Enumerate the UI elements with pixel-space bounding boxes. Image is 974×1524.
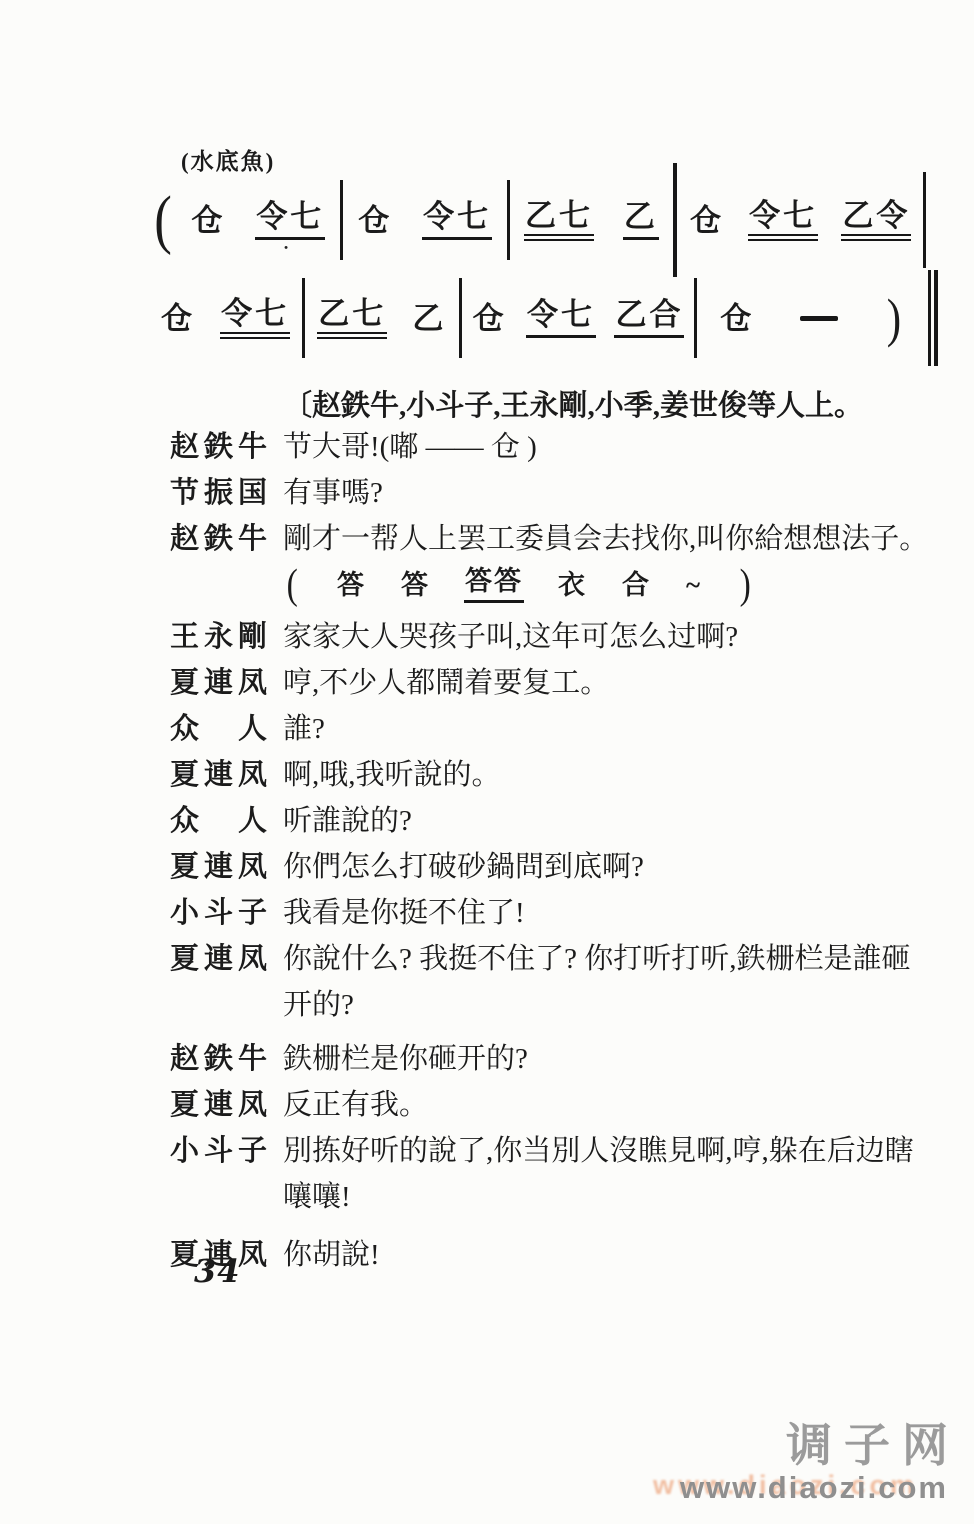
dialogue-text: 有事嗎? — [283, 470, 932, 516]
percussion-note: 令七 — [255, 201, 325, 240]
dialogue-entry: 王永剛家家大人哭孩子叫,这年可怎么过啊? — [170, 614, 932, 660]
percussion-note: 仓 — [472, 303, 508, 334]
barline — [923, 172, 926, 268]
dialogue-entry: 夏連凤反正有我。 — [170, 1082, 932, 1128]
notation-measure: 仓令七乙合 — [462, 299, 693, 338]
speaker-name: 赵鉄牛 — [170, 1036, 267, 1082]
notation-measure: 仓令七 — [343, 201, 507, 240]
dialogue-text: 哼,不少人都鬧着要复工。 — [283, 660, 932, 706]
speaker-name: 王永剛 — [170, 614, 267, 660]
speaker-name: 赵鉄牛 — [170, 516, 267, 608]
speaker-name: 赵鉄牛 — [170, 424, 267, 470]
dialogue-entry: 赵鉄牛节大哥!(嘟 —— 仓 ) — [170, 424, 932, 470]
speaker-name: 夏連凤 — [170, 752, 267, 798]
stage-direction: 〔赵鉄牛,小斗子,王永剛,小季,姜世俊等人上。 — [283, 386, 863, 426]
dialogue-entry: 夏連凤你說什么? 我挺不住了? 你打听打听,鉄栅栏是誰砸开的? — [170, 936, 932, 1028]
dialogue-block: 赵鉄牛节大哥!(嘟 —— 仓 )节振国有事嗎?赵鉄牛剛才一帮人上罢工委員会去找你… — [170, 424, 932, 1278]
percussion-note: 仓 — [689, 205, 725, 236]
speaker-name: 夏連凤 — [170, 844, 267, 890]
percussion-note: 仓 — [719, 303, 755, 334]
dialogue-entry: 小斗子我看是你挺不住了! — [170, 890, 932, 936]
speaker-name: 夏連凤 — [170, 660, 267, 706]
dialogue-text: 你胡說! — [283, 1232, 932, 1278]
dialogue-entry: 夏連凤啊,哦,我听說的。 — [170, 752, 932, 798]
percussion-note: 衣 — [557, 572, 588, 599]
notation-paren: ) — [738, 564, 754, 606]
dialogue-text: 別拣好听的說了,你当別人沒瞧見啊,哼,躲在后边瞎嚷嚷! — [283, 1128, 932, 1220]
watermark-site-name: 调子网 — [680, 1420, 960, 1472]
percussion-note: 乙七 — [524, 200, 594, 241]
percussion-note: 乙七 — [317, 298, 387, 339]
dialogue-entry: 夏連凤你胡說! — [170, 1232, 932, 1278]
dialogue-text: 家家大人哭孩子叫,这年可怎么过啊? — [283, 614, 932, 660]
dialogue-text: 听誰說的? — [283, 798, 932, 844]
dialogue-text: 你說什么? 我挺不住了? 你打听打听,鉄栅栏是誰砸开的? — [283, 936, 932, 1028]
speaker-name: 夏連凤 — [170, 1082, 267, 1128]
notation-paren: ( — [285, 564, 301, 606]
speaker-name: 夏連凤 — [170, 936, 267, 1028]
dialogue-entry: 夏連凤哼,不少人都鬧着要复工。 — [170, 660, 932, 706]
speaker-name: 节振国 — [170, 470, 267, 516]
inline-percussion-line: (答答答答衣合~) — [283, 562, 932, 608]
whole-note-dash — [800, 316, 838, 321]
percussion-note: ~ — [685, 572, 703, 599]
percussion-note: 仓 — [190, 205, 226, 236]
percussion-note: 乙 — [623, 201, 659, 240]
percussion-note: 答答 — [464, 568, 524, 603]
percussion-notation-line-1: (仓令七仓令七乙七乙仓令七乙令 — [150, 168, 926, 272]
percussion-note: 令七 — [748, 200, 818, 241]
percussion-note: 答 — [400, 572, 431, 599]
dialogue-entry: 众 人誰? — [170, 706, 932, 752]
notation-paren: ) — [886, 291, 904, 345]
percussion-note: 合 — [621, 572, 652, 599]
notation-paren: ( — [153, 187, 174, 253]
percussion-note: 令七 — [422, 201, 492, 240]
notation-measure: 仓令七 — [176, 201, 340, 240]
speaker-name: 众 人 — [170, 706, 267, 752]
percussion-note: 乙合 — [614, 299, 684, 338]
percussion-note: 令七 — [220, 298, 290, 339]
notation-measure: 乙七乙 — [305, 298, 459, 339]
notation-measure: 仓令七乙令 — [677, 200, 923, 241]
dialogue-entry: 众 人听誰說的? — [170, 798, 932, 844]
percussion-note: 仓 — [357, 205, 393, 236]
double-barline — [928, 270, 938, 366]
notation-measure: 仓令七 — [148, 298, 302, 339]
dialogue-text: 剛才一帮人上罢工委員会去找你,叫你給想想法子。(答答答答衣合~) — [283, 516, 932, 608]
dialogue-text: 节大哥!(嘟 —— 仓 ) — [283, 424, 932, 470]
page-number: 34 — [194, 1252, 241, 1290]
watermark: www.diaozi.com 调子网 www.diaozi.com — [680, 1420, 948, 1506]
dialogue-text: 啊,哦,我听說的。 — [283, 752, 932, 798]
dialogue-entry: 赵鉄牛鉄栅栏是你砸开的? — [170, 1036, 932, 1082]
speaker-name: 小斗子 — [170, 890, 267, 936]
speaker-name: 小斗子 — [170, 1128, 267, 1220]
dialogue-text: 鉄栅栏是你砸开的? — [283, 1036, 932, 1082]
dialogue-text: 反正有我。 — [283, 1082, 932, 1128]
dialogue-text: 我看是你挺不住了! — [283, 890, 932, 936]
speaker-name: 众 人 — [170, 798, 267, 844]
percussion-note: 仓 — [160, 303, 196, 334]
scanned-script-page: (水底魚) (仓令七仓令七乙七乙仓令七乙令 仓令七乙七乙仓令七乙合仓) 〔赵鉄牛… — [0, 0, 974, 1524]
percussion-note: 令七 — [526, 299, 596, 338]
percussion-note: 乙令 — [841, 200, 911, 241]
percussion-notation-line-2: 仓令七乙七乙仓令七乙合仓) — [148, 266, 938, 370]
dialogue-text: 誰? — [283, 706, 932, 752]
watermark-site-url: www.diaozi.com — [680, 1471, 948, 1506]
dialogue-entry: 节振国有事嗎? — [170, 470, 932, 516]
dialogue-entry: 赵鉄牛剛才一帮人上罢工委員会去找你,叫你給想想法子。(答答答答衣合~) — [170, 516, 932, 608]
dialogue-text: 你們怎么打破砂鍋問到底啊? — [283, 844, 932, 890]
dialogue-entry: 小斗子別拣好听的說了,你当別人沒瞧見啊,哼,躲在后边瞎嚷嚷! — [170, 1128, 932, 1220]
notation-measure: 乙七乙 — [510, 200, 674, 241]
percussion-note: 乙 — [411, 303, 447, 334]
dialogue-entry: 夏連凤你們怎么打破砂鍋問到底啊? — [170, 844, 932, 890]
notation-measure: 仓) — [697, 291, 928, 345]
percussion-note: 答 — [336, 572, 367, 599]
